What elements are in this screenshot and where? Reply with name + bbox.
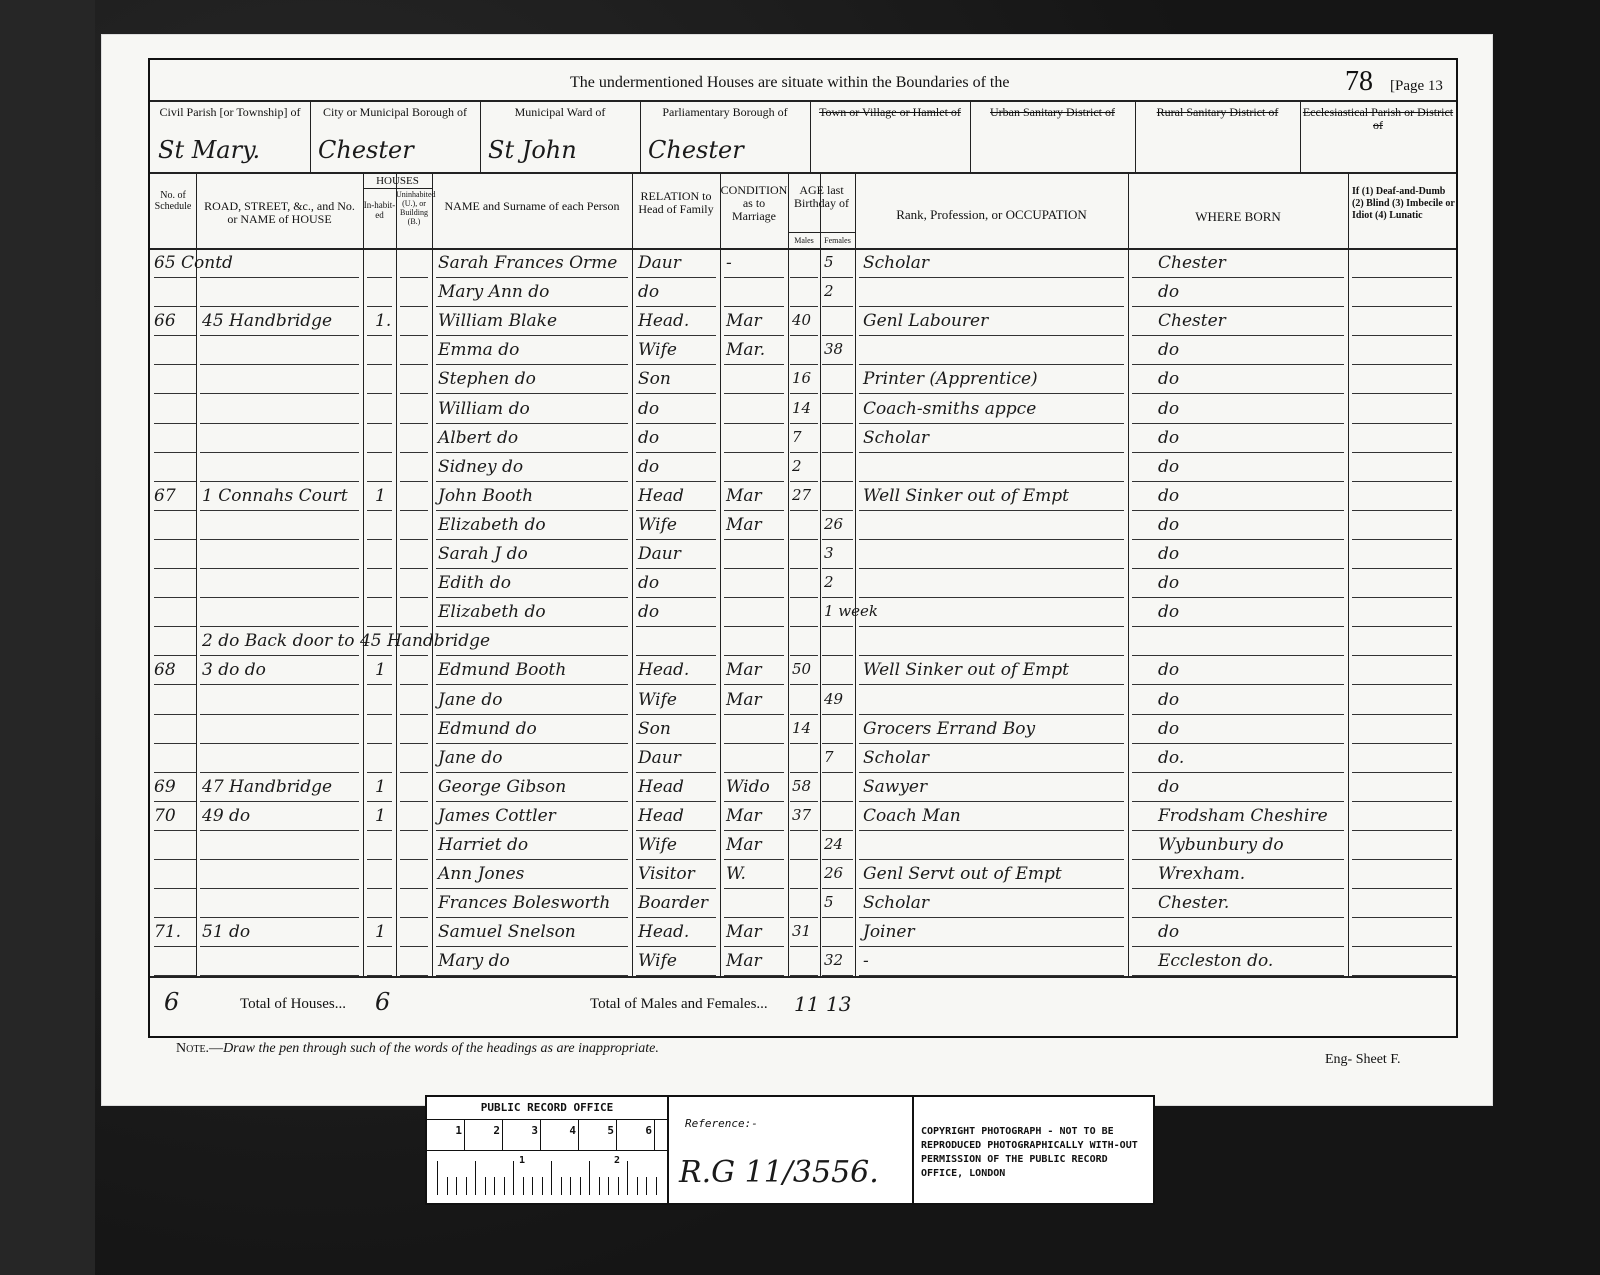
cell-female-age: 38 [824,340,843,358]
cell-where-born: Wybunbury do [1158,835,1284,855]
table-row: Ann JonesVisitorW.26Genl Servt out of Em… [150,861,1456,890]
cell-road: 3 do do [202,660,266,680]
cell-female-age: 7 [824,748,834,766]
cell-condition: Mar. [726,340,765,360]
cell-female-age: 49 [824,690,843,708]
cell-schedule: 70 [154,806,176,826]
district-label: Municipal Ward of [482,106,638,119]
cell-female-age: 26 [824,864,843,882]
pro-office: PUBLIC RECORD OFFICE [427,1097,667,1120]
cell-where-born: do [1158,660,1179,680]
cell-relation: Wife [638,690,677,710]
cell-male-age: 7 [792,428,802,446]
cell-female-age: 3 [824,544,834,562]
cell-condition: Mar [726,690,762,710]
table-row: Elizabeth dodo1 weekdo [150,599,1456,628]
cell-occupation: Scholar [863,893,929,913]
cell-name: Elizabeth do [438,602,546,622]
total-schedules: 6 [164,988,179,1016]
cell-male-age: 2 [792,457,802,475]
col-uninhabited: Uninhabited (U.), or Building (B.) [396,190,432,226]
cell-relation: Head [638,806,684,826]
cell-occupation: Coach-smiths appce [863,399,1036,419]
cell-relation: do [638,428,659,448]
table-row: Mary doWifeMar32-Eccleston do. [150,948,1456,977]
census-form: The undermentioned Houses are situate wi… [148,58,1458,1038]
cell-name: Elizabeth do [438,515,546,535]
cell-where-born: do [1158,777,1179,797]
cell-male-age: 50 [792,660,811,678]
cell-relation: do [638,602,659,622]
cell-where-born: Wrexham. [1158,864,1245,884]
cell-occupation: Coach Man [863,806,961,826]
form-banner: The undermentioned Houses are situate wi… [570,74,1009,92]
cell-male-age: 14 [792,399,811,417]
cell-condition: Wido [726,777,770,797]
cell-name: Jane do [438,748,502,768]
cell-relation: Wife [638,951,677,971]
cell-name: Sarah J do [438,544,528,564]
col-occupation: Rank, Profession, or OCCUPATION [855,208,1128,222]
cell-occupation: Joiner [863,922,915,942]
table-row: Sidney dodo2do [150,454,1456,483]
table-row: 2 do Back door to 45 Handbridge [150,628,1456,657]
cell-condition: W. [726,864,746,884]
cell-occupation: Scholar [863,253,929,273]
sheet-label: Eng- Sheet F. [1325,1052,1400,1068]
scale-inch-label: 1 [519,1155,525,1166]
cell-condition: Mar [726,311,762,331]
cell-condition: Mar [726,835,762,855]
cell-occupation: Printer (Apprentice) [863,369,1038,389]
table-row: Emma doWifeMar.38do [150,337,1456,366]
table-row: 671 Connahs Court1John BoothHeadMar27Wel… [150,483,1456,512]
cell-where-born: do [1158,602,1179,622]
cell-male-age: 58 [792,777,811,795]
cell-name: Sidney do [438,457,523,477]
cell-where-born: do [1158,457,1179,477]
folio-number: 78 [1345,66,1373,98]
cell-where-born: do [1158,486,1179,506]
cell-occupation: Grocers Errand Boy [863,719,1035,739]
cell-occupation: Scholar [863,428,929,448]
cell-name: Edmund Booth [438,660,566,680]
cell-schedule: 66 [154,311,176,331]
col-where-born: WHERE BORN [1128,210,1348,224]
cell-where-born: do [1158,399,1179,419]
table-row: Albert dodo7Scholardo [150,425,1456,454]
cell-relation: Wife [638,835,677,855]
cell-female-age: 2 [824,282,834,300]
scale-top: 123456 [427,1120,667,1151]
cell-where-born: do [1158,719,1179,739]
cell-inhabited: 1 [375,806,386,826]
cell-where-born: do [1158,544,1179,564]
cell-occupation: Sawyer [863,777,927,797]
cell-occupation: Well Sinker out of Empt [863,660,1069,680]
cell-male-age: 14 [792,719,811,737]
cell-relation: Head. [638,311,689,331]
cell-condition: Mar [726,515,762,535]
cell-female-age: 5 [824,893,834,911]
film-edge [0,0,95,1275]
cell-name: Edmund do [438,719,537,739]
cell-female-age: 24 [824,835,843,853]
district-label: Civil Parish [or Township] of [152,106,308,119]
total-males: 11 [794,992,819,1016]
cell-inhabited: 1 [375,922,386,942]
cell-relation: Visitor [638,864,695,884]
cell-name: Ann Jones [438,864,524,884]
scale-tick-label: 4 [541,1120,579,1150]
cell-road: 1 Connahs Court [202,486,348,506]
cell-name: Harriet do [438,835,528,855]
pro-label: PUBLIC RECORD OFFICE 123456 12 Reference… [425,1095,1155,1205]
cell-male-age: 37 [792,806,811,824]
cell-relation: Boarder [638,893,708,913]
col-females: Females [820,236,855,245]
table-row: Harriet doWifeMar24Wybunbury do [150,832,1456,861]
reference-value: R.G 11/3556. [679,1155,879,1190]
cell-inhabited: 1 [375,486,386,506]
cell-relation: Daur [638,544,681,564]
cell-relation: Head [638,777,684,797]
table-row: Edmund doSon14Grocers Errand Boydo [150,716,1456,745]
cell-name: John Booth [438,486,533,506]
cell-road: 45 Handbridge [202,311,332,331]
table-row: Edith dodo2do [150,570,1456,599]
cell-where-born: do [1158,369,1179,389]
cell-occupation: Genl Servt out of Empt [863,864,1062,884]
cell-where-born: Chester [1158,253,1226,273]
table-row: Stephen doSon16Printer (Apprentice)do [150,366,1456,395]
cell-condition: Mar [726,660,762,680]
table-row: William dodo14Coach-smiths appcedo [150,396,1456,425]
cell-male-age: 27 [792,486,811,504]
cell-relation: do [638,573,659,593]
cell-relation: Head [638,486,684,506]
cell-inhabited: 1. [375,311,391,331]
scale-inch-label: 2 [614,1155,620,1166]
cell-relation: Daur [638,253,681,273]
copyright-notice: COPYRIGHT PHOTOGRAPH - NOT TO BE REPRODU… [921,1125,1151,1181]
col-infirmity: If (1) Deaf-and-Dumb (2) Blind (3) Imbec… [1352,186,1456,222]
cell-female-age: 1 week [824,602,878,620]
district-label: Ecclesiastical Parish or District of [1302,106,1454,132]
scale-tick-label: 3 [503,1120,541,1150]
col-condition: CONDITION as to Marriage [720,184,788,223]
total-houses-inhabited: 6 [375,988,390,1016]
col-males: Males [788,236,820,245]
cell-relation: Son [638,369,671,389]
total-houses-label: Total of Houses... [240,996,346,1013]
cell-schedule: 68 [154,660,176,680]
cell-inhabited: 1 [375,777,386,797]
table-row: Elizabeth doWifeMar26do [150,512,1456,541]
cell-male-age: 16 [792,369,811,387]
cell-occupation: Genl Labourer [863,311,988,331]
cell-name: George Gibson [438,777,566,797]
table-row: 65 ContdSarah Frances OrmeDaur-5ScholarC… [150,250,1456,279]
col-inhabited: In-habit-ed [363,200,396,220]
cell-relation: Daur [638,748,681,768]
cell-relation: Wife [638,340,677,360]
cell-condition: Mar [726,922,762,942]
cell-name: Samuel Snelson [438,922,576,942]
cell-where-born: do [1158,573,1179,593]
cell-schedule: 69 [154,777,176,797]
district-label: Town or Village or Hamlet of [812,106,968,119]
cell-male-age: 40 [792,311,811,329]
cell-condition: - [726,253,732,273]
col-road: ROAD, STREET, &c., and No. or NAME of HO… [198,200,361,226]
col-schedule: No. of Schedule [150,190,196,212]
district-label: City or Municipal Borough of [312,106,478,119]
cell-relation: Wife [638,515,677,535]
table-row: Jane doDaur7Scholardo. [150,745,1456,774]
table-row: 7049 do1James CottlerHeadMar37Coach ManF… [150,803,1456,832]
total-females: 13 [826,992,851,1016]
cell-occupation: Well Sinker out of Empt [863,486,1069,506]
note-prefix: Note.— [176,1041,223,1056]
district-label: Rural Sanitary District of [1137,106,1298,119]
page-label: [Page 13 [1390,78,1443,95]
cell-female-age: 5 [824,253,834,271]
col-relation: RELATION to Head of Family [632,190,720,216]
table-row: 6645 Handbridge1.William BlakeHead.Mar40… [150,308,1456,337]
cell-name: Sarah Frances Orme [438,253,617,273]
table-row: Frances BolesworthBoarder5ScholarChester… [150,890,1456,919]
cell-female-age: 2 [824,573,834,591]
district-value: St Mary. [158,136,260,164]
cell-name: Stephen do [438,369,536,389]
cell-schedule: 67 [154,486,176,506]
cell-where-born: Frodsham Cheshire [1158,806,1328,826]
cell-relation: Head. [638,922,689,942]
table-row: 683 do do1Edmund BoothHead.Mar50Well Sin… [150,657,1456,686]
col-name: NAME and Surname of each Person [436,200,628,213]
cell-road: 47 Handbridge [202,777,332,797]
cell-name: William do [438,399,530,419]
district-label: Parliamentary Borough of [642,106,808,119]
cell-schedule: 65 Contd [154,253,233,273]
cell-female-age: 32 [824,951,843,969]
cell-occupation: - [863,951,869,971]
cell-male-age: 31 [792,922,811,940]
district-value: St John [488,136,577,164]
table-row: 71.51 do1Samuel SnelsonHead.Mar31Joinerd… [150,919,1456,948]
cell-where-born: Chester. [1158,893,1229,913]
total-persons-label: Total of Males and Females... [590,996,768,1013]
cell-name: Jane do [438,690,502,710]
cell-where-born: do [1158,515,1179,535]
cell-name: Albert do [438,428,518,448]
cell-relation: Head. [638,660,689,680]
cell-name: Frances Bolesworth [438,893,610,913]
cell-road: 51 do [202,922,250,942]
table-row: 6947 Handbridge1George GibsonHeadWido58S… [150,774,1456,803]
cell-where-born: do [1158,282,1179,302]
cell-relation: Son [638,719,671,739]
cell-road: 2 do Back door to 45 Handbridge [202,631,490,651]
cell-road: 49 do [202,806,250,826]
cell-occupation: Scholar [863,748,929,768]
cell-condition: Mar [726,486,762,506]
cell-where-born: do [1158,922,1179,942]
scale-tick-label: 6 [617,1120,655,1150]
cell-female-age: 26 [824,515,843,533]
cell-name: Mary Ann do [438,282,549,302]
cell-name: Mary do [438,951,510,971]
scale-tick-label: 1 [427,1120,465,1150]
cell-name: James Cottler [438,806,556,826]
cell-name: Edith do [438,573,511,593]
reference-label: Reference:- [685,1117,758,1130]
cell-where-born: Chester [1158,311,1226,331]
cell-name: William Blake [438,311,557,331]
district-value: Chester [318,136,414,164]
cell-relation: do [638,399,659,419]
cell-inhabited: 1 [375,660,386,680]
table-row: Sarah J doDaur3do [150,541,1456,570]
table-row: Mary Ann dodo2do [150,279,1456,308]
cell-where-born: do. [1158,748,1184,768]
scale-tick-label: 5 [579,1120,617,1150]
district-label: Urban Sanitary District of [972,106,1133,119]
cell-where-born: do [1158,690,1179,710]
cell-where-born: do [1158,428,1179,448]
cell-relation: do [638,457,659,477]
scale-bottom: 12 [427,1151,667,1201]
district-value: Chester [648,136,744,164]
col-age: AGE last Birthday of [788,184,855,210]
cell-relation: do [638,282,659,302]
cell-schedule: 71. [154,922,181,942]
cell-condition: Mar [726,806,762,826]
scale-tick-label: 2 [465,1120,503,1150]
cell-name: Emma do [438,340,519,360]
footer-note: Note.—Draw the pen through such of the w… [176,1041,659,1057]
cell-condition: Mar [726,951,762,971]
col-houses: HOUSES [363,175,432,187]
note-text: Draw the pen through such of the words o… [223,1041,659,1056]
cell-where-born: do [1158,340,1179,360]
table-row: Jane doWifeMar49do [150,687,1456,716]
cell-where-born: Eccleston do. [1158,951,1273,971]
